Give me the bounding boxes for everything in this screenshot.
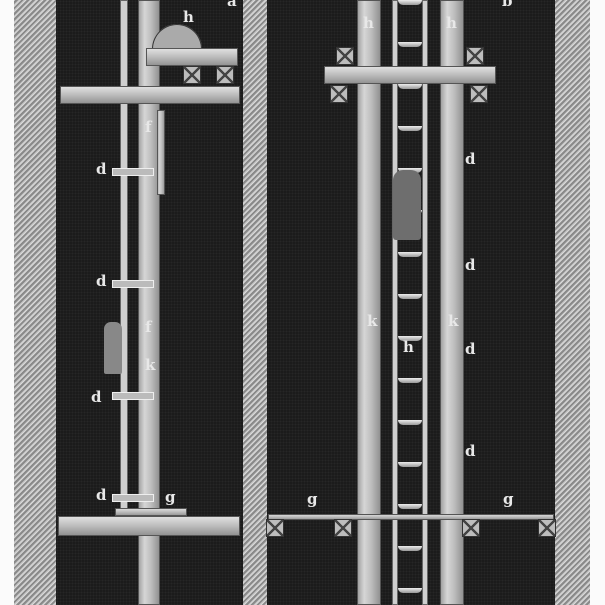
ladder-rail-left bbox=[120, 0, 128, 520]
ladder-rung bbox=[398, 84, 422, 89]
miner-figure-left bbox=[104, 322, 122, 374]
step-left bbox=[112, 494, 154, 502]
bolt-icon bbox=[216, 66, 234, 84]
label-d: d bbox=[465, 342, 476, 357]
label-g: g bbox=[503, 492, 514, 507]
label-h: h bbox=[363, 16, 374, 31]
bolt-icon bbox=[466, 47, 484, 65]
label-g: g bbox=[165, 490, 176, 505]
bolt-icon bbox=[266, 519, 284, 537]
label-h: h bbox=[446, 16, 457, 31]
ladder-rung bbox=[398, 294, 422, 299]
label-h: h bbox=[183, 10, 194, 25]
ladder-rung bbox=[398, 462, 422, 467]
ladder-rung bbox=[398, 504, 422, 509]
label-k: k bbox=[145, 358, 155, 373]
bolt-icon bbox=[334, 519, 352, 537]
guide-left bbox=[157, 110, 165, 195]
bolt-icon bbox=[330, 85, 348, 103]
step-left bbox=[112, 280, 154, 288]
label-g: g bbox=[307, 492, 318, 507]
bolt-icon bbox=[183, 66, 201, 84]
step-left bbox=[112, 392, 154, 400]
label-k: k bbox=[367, 314, 377, 329]
ladder-rung bbox=[398, 42, 422, 47]
ladder-rung bbox=[398, 420, 422, 425]
rock-wall-middle bbox=[243, 0, 267, 605]
bolt-icon bbox=[538, 519, 556, 537]
ladder-rung bbox=[398, 378, 422, 383]
label-b: b bbox=[502, 0, 513, 9]
label-f: f bbox=[145, 320, 151, 335]
rock-wall-left bbox=[14, 0, 56, 605]
engraving-illustration: a h f d d f k d d g b h h d d k k h d d … bbox=[0, 0, 605, 605]
crossbeam-right-top bbox=[324, 66, 496, 84]
crossbeam-left-top bbox=[60, 86, 240, 104]
label-a: a bbox=[227, 0, 237, 9]
platform-left bbox=[115, 508, 187, 516]
label-h: h bbox=[403, 340, 414, 355]
label-d: d bbox=[96, 488, 107, 503]
step-left bbox=[112, 168, 154, 176]
ladder-rung bbox=[398, 588, 422, 593]
label-f: f bbox=[145, 120, 151, 135]
wheel-mount bbox=[146, 48, 238, 66]
bolt-icon bbox=[462, 519, 480, 537]
ladder-rung bbox=[398, 546, 422, 551]
label-d: d bbox=[96, 274, 107, 289]
crossbeam-right-bottom bbox=[268, 514, 554, 520]
crossbeam-left-bottom bbox=[58, 516, 240, 536]
label-d: d bbox=[465, 444, 476, 459]
bolt-icon bbox=[336, 47, 354, 65]
label-d: d bbox=[465, 152, 476, 167]
miner-figure-right bbox=[393, 170, 421, 240]
label-d: d bbox=[465, 258, 476, 273]
ladder-rung bbox=[398, 252, 422, 257]
ladder-rung bbox=[398, 0, 422, 5]
rock-wall-right bbox=[555, 0, 590, 605]
bolt-icon bbox=[470, 85, 488, 103]
label-k: k bbox=[448, 314, 458, 329]
ladder-rung bbox=[398, 126, 422, 131]
label-d: d bbox=[91, 390, 102, 405]
label-d: d bbox=[96, 162, 107, 177]
